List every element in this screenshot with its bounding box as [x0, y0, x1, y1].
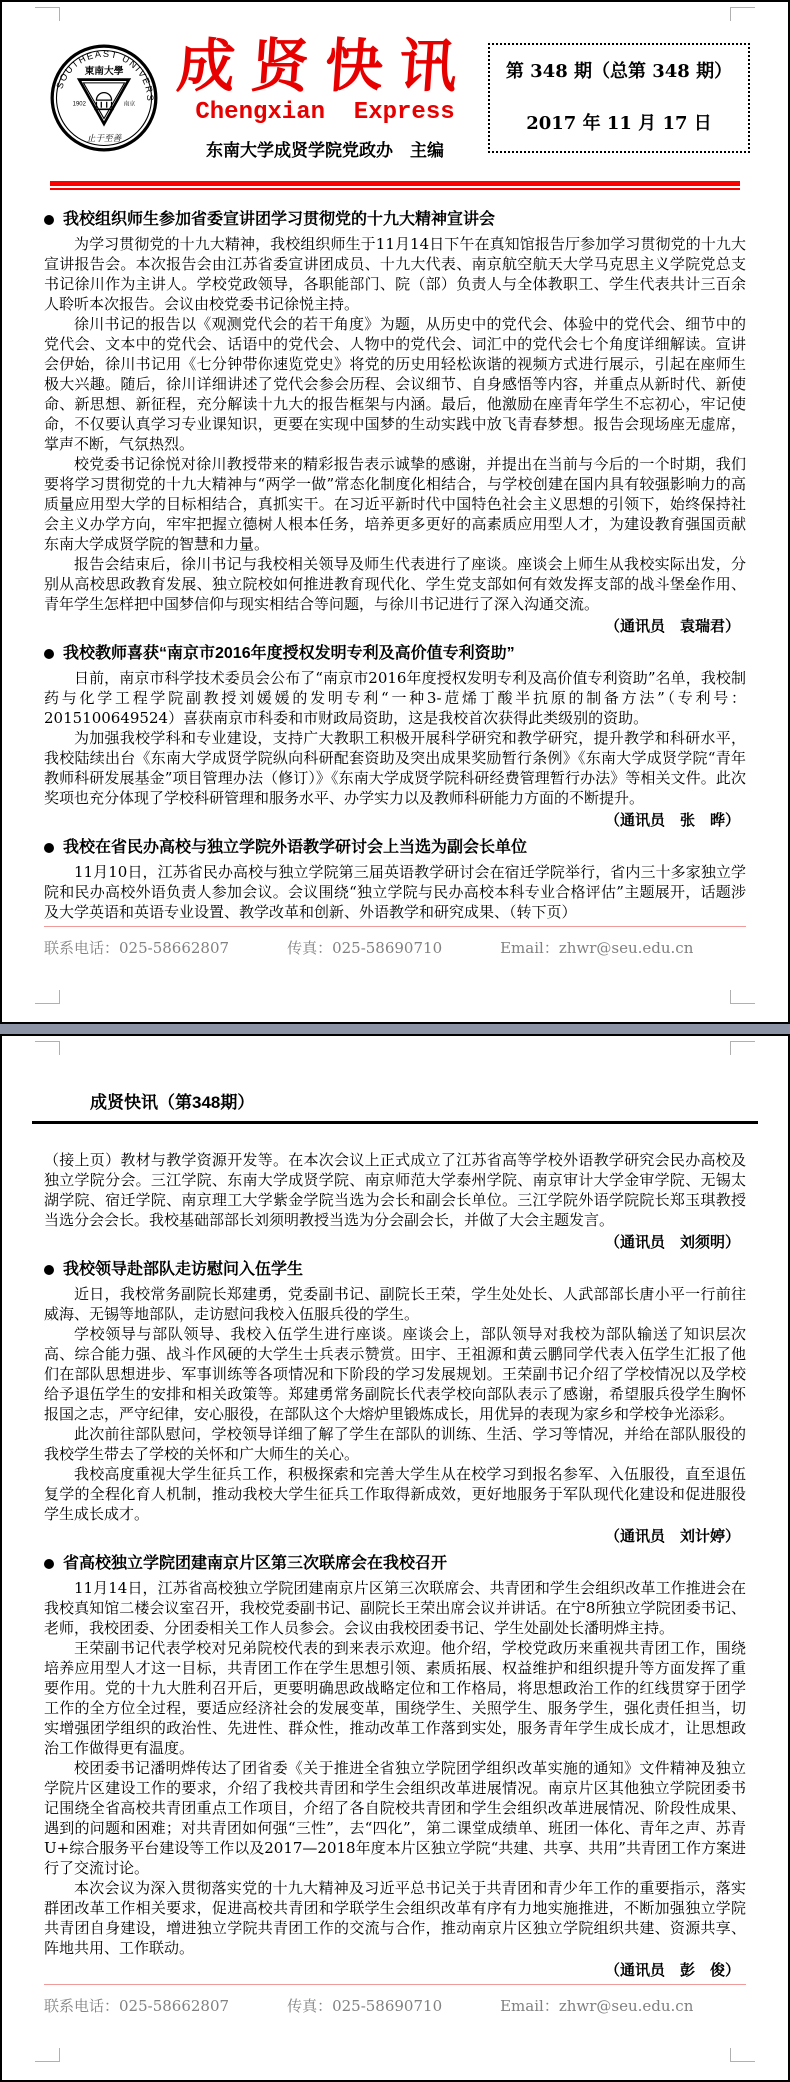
article-paragraph: 为学习贯彻党的十九大精神，我校组织师生于11月14日下午在真知馆报告厅参加学习贯… — [44, 234, 746, 314]
article-paragraph: 近日，我校常务副院长郑建勇，党委副书记、副院长王荣，学生处处长、人武部部长唐小平… — [44, 1284, 746, 1324]
contact-email: Email：zhwr@seu.edu.cn — [500, 1995, 693, 2016]
bullet-icon — [44, 1559, 54, 1569]
article-headline: 我校组织师生参加省委宣讲团学习贯彻党的十九大精神宣讲会 — [44, 210, 746, 230]
bullet-icon — [44, 649, 54, 659]
byline: （通讯员 彭 俊） — [44, 1960, 746, 1980]
crop-mark — [730, 7, 755, 21]
page2-running-header: 成贤快讯（第348期） — [90, 1088, 788, 1113]
article-paragraph: 校党委书记徐悦对徐川教授带来的精彩报告表示诚挚的感谢，并提出在当前与今后的一个时… — [44, 454, 746, 554]
newsletter-page-2: 成贤快讯（第348期） （接上页）教材与教学资源开发等。在本次会议上正式成立了江… — [0, 1034, 790, 2082]
article-paragraph: 徐川书记的报告以《观测党代会的若干角度》为题，从历史中的党代会、体验中的党代会、… — [44, 314, 746, 454]
university-seal-logo: SOUTHEAST UNIVERSITY 東南大學 1902 南京 止于至善 — [50, 44, 162, 152]
page2-footer: 联系电话：025-58662807 传真：025-58690710 Email：… — [44, 1984, 746, 2016]
page2-content: （接上页）教材与教学资源开发等。在本次会议上正式成立了江苏省高等学校外语教学研究… — [2, 1138, 788, 1984]
article-paragraph: 学校领导与部队领导、我校入伍学生进行座谈。座谈会上，部队领导对我校为部队输送了知… — [44, 1324, 746, 1424]
page-gap — [0, 1024, 790, 1034]
svg-text:1902: 1902 — [73, 102, 86, 108]
newsletter-subtitle: Chengxian Express — [168, 99, 482, 126]
contact-phone: 联系电话：025-58662807 — [44, 937, 229, 958]
headline-text: 我校在省民办高校与独立学院外语教学研讨会上当选为副会长单位 — [63, 838, 527, 858]
article-headline: 我校教师喜获“南京市2016年度授权发明专利及高价值专利资助” — [44, 644, 746, 664]
bullet-icon — [44, 1265, 54, 1275]
masthead-titles: 成贤快讯 Chengxian Express 东南大学成贤学院党政办 主编 — [162, 36, 488, 161]
seu-seal-icon: SOUTHEAST UNIVERSITY 東南大學 1902 南京 止于至善 — [50, 44, 158, 152]
crop-mark — [730, 1041, 755, 1055]
masthead: SOUTHEAST UNIVERSITY 東南大學 1902 南京 止于至善 成… — [2, 2, 788, 171]
issue-box: 第 348 期（总第 348 期） 2017 年 11 月 17 日 — [488, 43, 750, 153]
article-paragraph: 11月14日，江苏省高校独立学院团建南京片区第三次联席会、共青团和学生会组织改革… — [44, 1578, 746, 1638]
article-headline: 省高校独立学院团建南京片区第三次联席会在我校召开 — [44, 1554, 746, 1574]
page2-header-rule — [32, 1121, 758, 1124]
article-paragraph: 日前，南京市科学技术委员会公布了“南京市2016年度授权发明专利及高价值专利资助… — [44, 668, 746, 728]
svg-text:南京: 南京 — [123, 100, 135, 108]
article-headline: 我校领导赴部队走访慰问入伍学生 — [44, 1260, 746, 1280]
bullet-icon — [44, 215, 54, 225]
crop-mark — [35, 990, 60, 1004]
issue-date: 2017 年 11 月 17 日 — [498, 115, 740, 133]
masthead-divider — [50, 181, 740, 190]
article-paragraph: 校团委书记潘明烨传达了团省委《关于推进全省独立学院团学组织改革实施的通知》文件精… — [44, 1758, 746, 1878]
issue-number: 第 348 期（总第 348 期） — [498, 63, 740, 81]
contact-email: Email：zhwr@seu.edu.cn — [500, 937, 693, 958]
contact-phone: 联系电话：025-58662807 — [44, 1995, 229, 2016]
article-paragraph: 本次会议为深入贯彻落实党的十九大精神及习近平总书记关于共青团和青少年工作的重要指… — [44, 1878, 746, 1958]
article-paragraph: 我校高度重视大学生征兵工作，积极探索和完善大学生从在校学习到报名参军、入伍服役，… — [44, 1464, 746, 1524]
headline-text: 省高校独立学院团建南京片区第三次联席会在我校召开 — [63, 1554, 447, 1574]
article-paragraph: 王荣副书记代表学校对兄弟院校代表的到来表示欢迎。他介绍，学校党政历来重视共青团工… — [44, 1638, 746, 1758]
article-paragraph: 11月10日，江苏省民办高校与独立学院第三届英语教学研讨会在宿迁学院举行，省内三… — [44, 862, 746, 922]
page1-content: 我校组织师生参加省委宣讲团学习贯彻党的十九大精神宣讲会 为学习贯彻党的十九大精神… — [2, 190, 788, 922]
crop-mark — [35, 7, 60, 21]
headline-text: 我校教师喜获“南京市2016年度授权发明专利及高价值专利资助” — [63, 644, 515, 664]
crop-mark — [730, 990, 755, 1004]
contact-fax: 传真：025-58690710 — [287, 1995, 442, 2016]
article-headline: 我校在省民办高校与独立学院外语教学研讨会上当选为副会长单位 — [44, 838, 746, 858]
article-paragraph: 报告会结束后，徐川书记与我校相关领导及师生代表进行了座谈。座谈会上师生从我校实际… — [44, 554, 746, 614]
continuation-paragraph: （接上页）教材与教学资源开发等。在本次会议上正式成立了江苏省高等学校外语教学研究… — [44, 1150, 746, 1230]
page1-footer: 联系电话：025-58662807 传真：025-58690710 Email：… — [44, 926, 746, 958]
editor-line: 东南大学成贤学院党政办 主编 — [168, 136, 482, 161]
headline-text: 我校组织师生参加省委宣讲团学习贯彻党的十九大精神宣讲会 — [63, 210, 495, 230]
article-paragraph: 为加强我校学科和专业建设，支持广大教职工积极开展科学研究和教学研究，提升教学和科… — [44, 728, 746, 808]
contact-fax: 传真：025-58690710 — [287, 937, 442, 958]
crop-mark — [730, 2048, 755, 2062]
byline: （通讯员 刘须明） — [44, 1232, 746, 1252]
svg-text:止于至善: 止于至善 — [87, 134, 123, 145]
article-paragraph: 此次前往部队慰问，学校领导详细了解了学生在部队的训练、生活、学习等情况，并给在部… — [44, 1424, 746, 1464]
bullet-icon — [44, 843, 54, 853]
byline: （通讯员 袁瑞君） — [44, 616, 746, 636]
headline-text: 我校领导赴部队走访慰问入伍学生 — [63, 1260, 303, 1280]
crop-mark — [35, 1041, 60, 1055]
newsletter-title: 成贤快讯 — [166, 36, 484, 97]
svg-text:東南大學: 東南大學 — [85, 65, 124, 78]
crop-mark — [35, 2048, 60, 2062]
newsletter-page-1: SOUTHEAST UNIVERSITY 東南大學 1902 南京 止于至善 成… — [0, 0, 790, 1024]
byline: （通讯员 刘计婷） — [44, 1526, 746, 1546]
byline: （通讯员 张 晔） — [44, 810, 746, 830]
